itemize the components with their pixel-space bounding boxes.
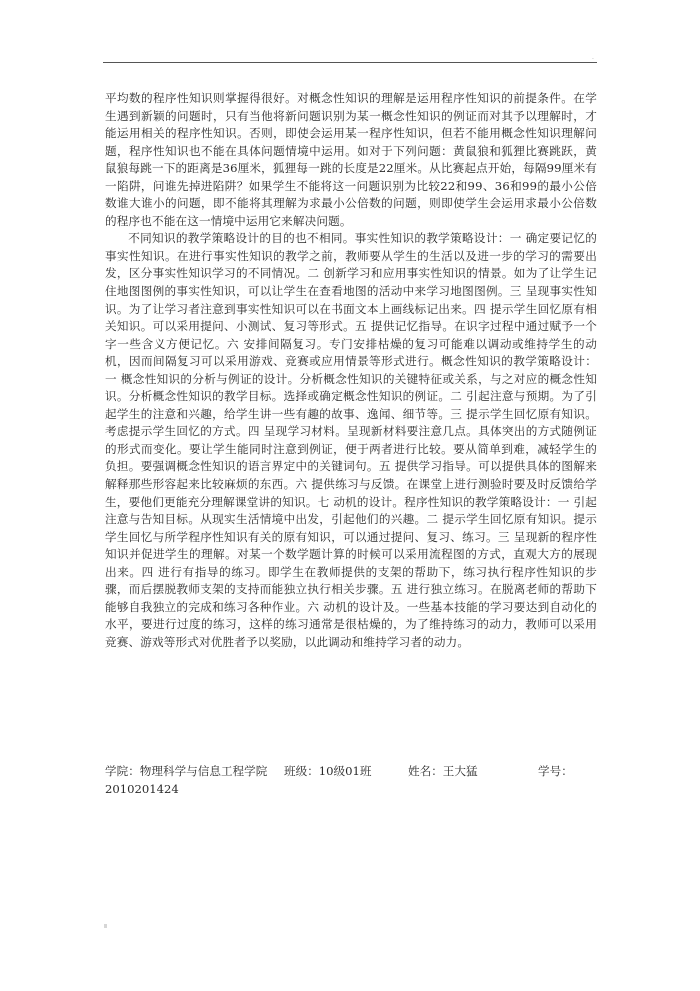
class-field: 班级：10级01班 — [284, 763, 408, 781]
student-info-row: 学院：物理科学与信息工程学院 班级：10级01班 姓名：王大猛 学号： — [105, 763, 600, 781]
header-rule — [103, 62, 597, 63]
document-body: 平均数的程序性知识则掌握得很好。对概念性知识的理解是运用程序性知识的前提条件。在… — [105, 90, 597, 652]
paragraph-teaching-strategies: 不同知识的教学策略设计的目的也不相同。事实性知识的教学策略设计：一 确定要记忆的… — [105, 230, 597, 651]
paragraph-continuation: 平均数的程序性知识则掌握得很好。对概念性知识的理解是运用程序性知识的前提条件。在… — [105, 90, 597, 230]
college-field: 学院：物理科学与信息工程学院 — [105, 763, 284, 781]
student-id-label: 学号： — [538, 763, 598, 781]
header-mark: . — [592, 54, 594, 61]
document-page: . 平均数的程序性知识则掌握得很好。对概念性知识的理解是运用程序性知识的前提条件… — [0, 0, 700, 991]
footer-mark — [104, 924, 107, 928]
student-id-value: 2010201424 — [105, 781, 600, 799]
student-info: 学院：物理科学与信息工程学院 班级：10级01班 姓名：王大猛 学号： 2010… — [105, 763, 600, 798]
name-field: 姓名：王大猛 — [408, 763, 538, 781]
